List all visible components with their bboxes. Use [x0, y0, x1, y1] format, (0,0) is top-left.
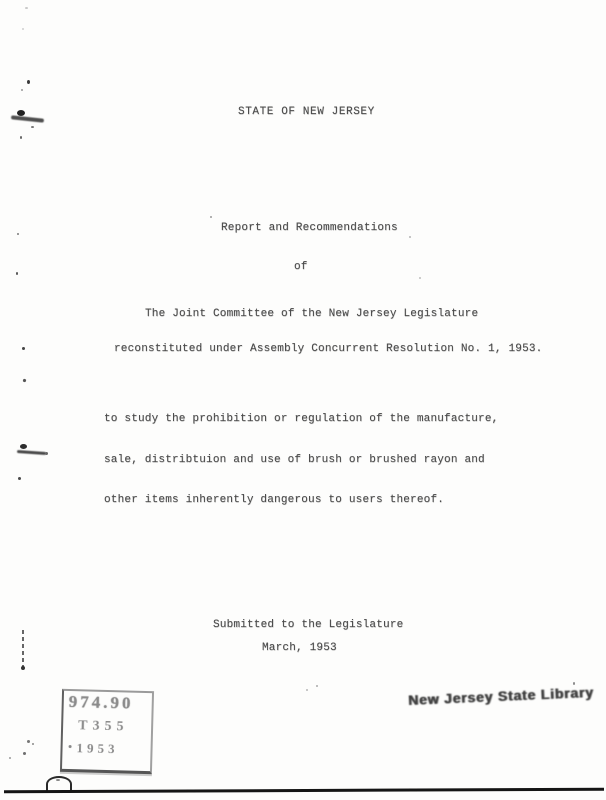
ink-smudge — [17, 450, 46, 455]
ink-speck — [32, 743, 34, 745]
ink-speck — [31, 126, 34, 128]
call-number-stamp: 974.90 T355 1953 — [60, 689, 154, 774]
ink-scratch — [22, 630, 24, 668]
ink-smudge — [20, 444, 27, 449]
ink-speck — [21, 666, 25, 670]
ink-speck — [16, 272, 18, 275]
ink-speck — [27, 740, 30, 743]
scanned-title-page: STATE OF NEW JERSEY Report and Recommend… — [0, 0, 606, 800]
document-header: STATE OF NEW JERSEY — [238, 106, 375, 118]
ink-speck — [409, 236, 411, 238]
ink-speck — [419, 277, 421, 279]
ink-speck — [18, 477, 21, 480]
submitted-line: Submitted to the Legislature — [213, 619, 403, 631]
call-number-class: 974.90 — [68, 692, 133, 714]
ink-speck — [22, 347, 25, 350]
ink-speck — [306, 689, 308, 691]
ink-speck — [27, 80, 30, 84]
ink-speck — [25, 7, 28, 9]
ink-speck — [22, 28, 24, 30]
ink-speck — [573, 682, 575, 685]
ink-speck — [23, 752, 26, 755]
ink-speck — [210, 216, 212, 218]
ink-speck — [23, 379, 27, 383]
committee-line: The Joint Committee of the New Jersey Le… — [145, 308, 478, 320]
ink-speck — [69, 745, 72, 748]
ink-speck — [21, 89, 23, 91]
call-number-cutter: T355 — [78, 718, 129, 735]
purpose-line-1: to study the prohibition or regulation o… — [104, 413, 498, 427]
resolution-line: reconstituted under Assembly Concurrent … — [114, 343, 542, 355]
report-title-line: Report and Recommendations — [221, 222, 398, 234]
ink-speck — [20, 136, 22, 139]
ink-speck — [9, 757, 11, 759]
page-bottom-edge — [4, 788, 604, 794]
purpose-line-3: other items inherently dangerous to user… — [104, 494, 498, 508]
ink-speck — [45, 452, 48, 455]
call-number-year: 1953 — [76, 740, 118, 757]
library-stamp: New Jersey State Library — [408, 684, 594, 708]
of-line: of — [294, 261, 308, 273]
ink-speck — [17, 233, 19, 235]
date-line: March, 1953 — [262, 642, 337, 654]
ink-smudge — [11, 115, 44, 122]
purpose-paragraph: to study the prohibition or regulation o… — [104, 386, 498, 535]
purpose-line-2: sale, distribtuion and use of brush or b… — [104, 454, 498, 468]
ink-speck — [316, 685, 318, 687]
